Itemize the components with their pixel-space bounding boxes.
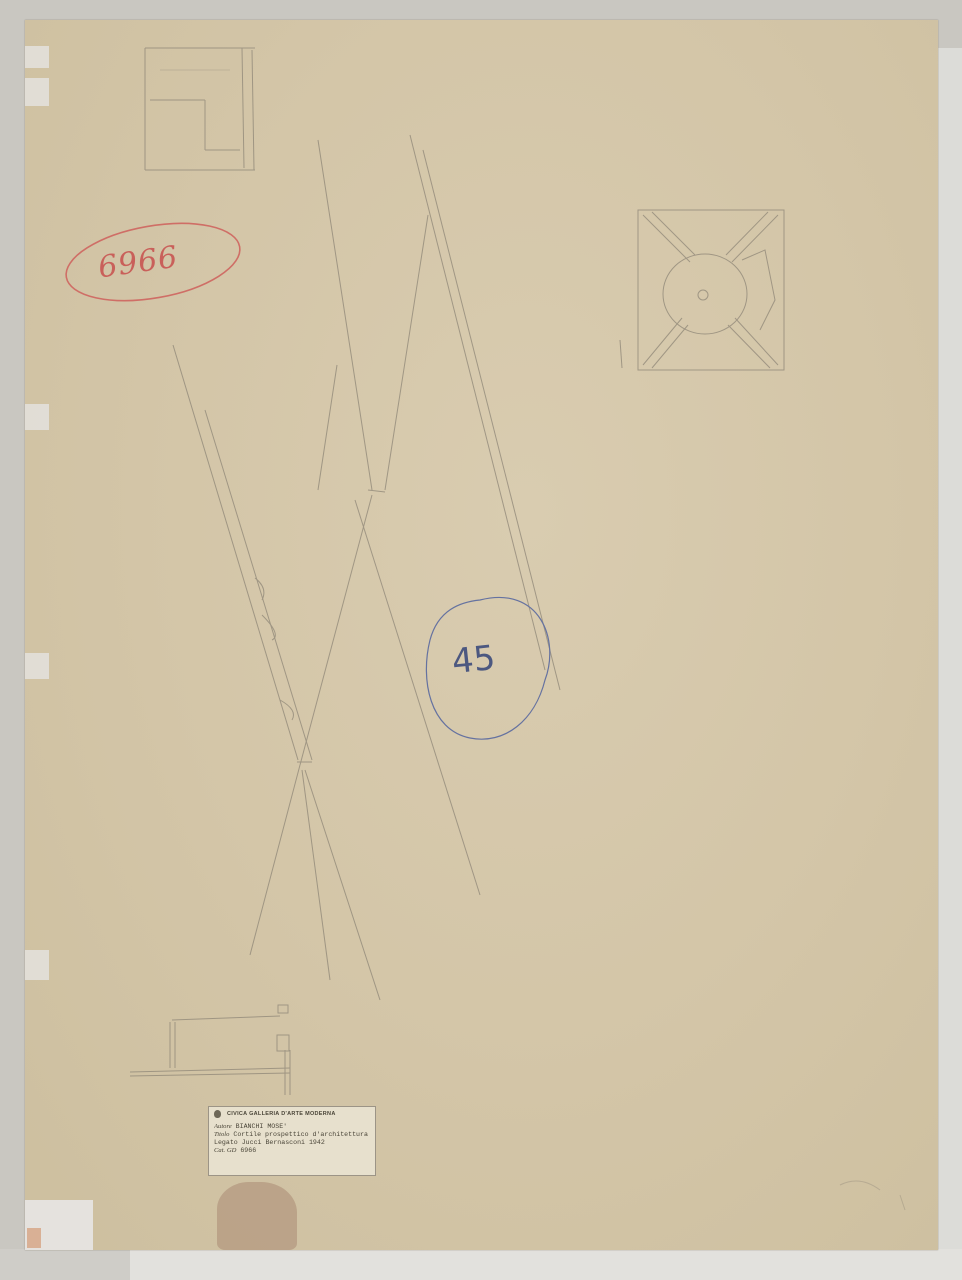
bequest-line: Legato Jucci Bernasconi 1942 <box>214 1139 370 1147</box>
architectural-corner-sketch <box>145 48 255 170</box>
diagonal-beam-lines <box>173 135 560 1000</box>
institution-name: CIVICA GALLERIA D'ARTE MODERNA <box>227 1111 336 1117</box>
city-crest-icon <box>214 1110 221 1118</box>
easel-frame-sketch <box>130 1005 290 1095</box>
catalog-line: Cat. GD 6966 <box>214 1147 370 1155</box>
author-line: Autore BIANCHI MOSE' <box>214 1123 370 1131</box>
title-line: Titolo Cortile prospettico d'architettur… <box>214 1131 370 1139</box>
label-header: CIVICA GALLERIA D'ARTE MODERNA <box>214 1110 370 1118</box>
blue-circled-number: 45 <box>450 638 497 682</box>
ceiling-rosette-sketch <box>620 210 784 370</box>
museum-inventory-label: CIVICA GALLERIA D'ARTE MODERNA Autore BI… <box>208 1106 376 1176</box>
